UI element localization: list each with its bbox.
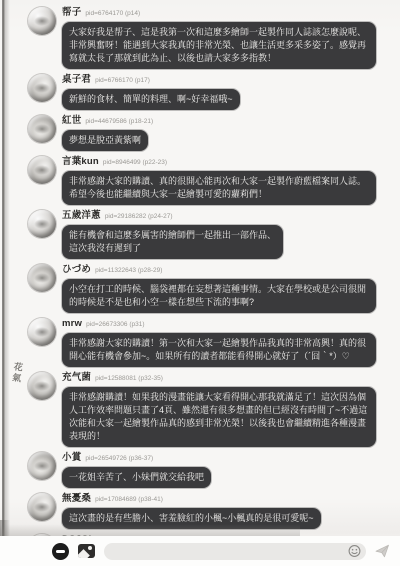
- send-button[interactable]: [375, 544, 390, 558]
- author-line: 無憂桑 pid=17084689 (p38-41): [62, 493, 388, 505]
- comment-entry: 言葉kun pid=8946499 (p22-23) 非常感謝大家的購讀、真的很…: [62, 156, 388, 205]
- avatar: [28, 156, 56, 184]
- avatar: [28, 74, 56, 102]
- author-name: mrw: [62, 318, 82, 329]
- author-name: 桌子君: [62, 74, 91, 85]
- handwritten-margin-note: 花氣: [9, 361, 26, 385]
- attach-image-button[interactable]: [78, 544, 95, 558]
- comment-entry: 紅世 pid=44679586 (p18-21) 夢想是脫亞黃紫啊: [62, 115, 388, 151]
- author-pid: pid=17084689 (p38-41): [95, 494, 163, 505]
- author-line: 五歲洋蔥 pid=29186282 (p24-27): [62, 210, 388, 222]
- comment-entry: 五歲洋蔥 pid=29186282 (p24-27) 能有機會和這麼多厲害的繪師…: [62, 210, 388, 259]
- comment-bubble: 一花姐辛苦了、小妹們就交給我吧: [62, 467, 211, 488]
- comment-bubble: 小空在打工的時候、腦袋裡都在妄想著這種事情。大家在學校或是公司很閒的時候是不是也…: [62, 279, 376, 313]
- emoji-button[interactable]: [348, 545, 361, 558]
- avatar: [28, 7, 56, 35]
- avatar: [28, 318, 56, 346]
- author-name: 帮子: [62, 7, 81, 18]
- comment-entry: 桌子君 pid=6766170 (p17) 新鮮的食材、簡單的料理、啊~好幸福哦…: [62, 74, 388, 110]
- comment-bubble: 新鮮的食材、簡單的料理、啊~好幸福哦~: [62, 89, 240, 110]
- author-pid: pid=12588081 (p32-35): [95, 373, 163, 384]
- author-line: 言葉kun pid=8946499 (p22-23): [62, 156, 388, 168]
- comment-bubble: 大家好我是帮子、這是我第一次和這麼多繪師一起製作同人誌該怎麼說呢、非常興奮呀！能…: [62, 22, 376, 69]
- author-name: 紅世: [62, 115, 81, 126]
- chat-composer-bar: [0, 536, 400, 566]
- comment-bubble: 非常感謝大家的購讀！第一次和大家一起繪製作品我真的非常高興！真的很開心能有機會參…: [62, 333, 376, 367]
- author-line: 小賞 pid=26549726 (p36-37): [62, 452, 388, 464]
- author-name: 無憂桑: [62, 493, 91, 504]
- avatar: [28, 264, 56, 292]
- scanned-credits-page: 帮子 pid=6764170 (p14) 大家好我是帮子、這是我第一次和這麼多繪…: [0, 0, 400, 566]
- comment-bubble: 能有機會和這麼多厲害的繪師們一起推出一部作品、 這次我沒有遲到了: [62, 225, 283, 259]
- author-line: 帮子 pid=6764170 (p14): [62, 7, 388, 19]
- comment-entry: 帮子 pid=6764170 (p14) 大家好我是帮子、這是我第一次和這麼多繪…: [62, 7, 388, 69]
- author-pid: pid=44679586 (p18-21): [85, 116, 153, 127]
- comment-entry: mrw pid=26673306 (p31) 非常感謝大家的購讀！第一次和大家一…: [62, 318, 388, 367]
- avatar: [28, 493, 56, 521]
- author-pid: pid=6764170 (p14): [85, 8, 140, 19]
- author-line: ひづめ pid=11322643 (p28-29): [62, 264, 388, 276]
- send-paper-plane-icon: [375, 544, 390, 558]
- comment-bubble: 非常感謝購讀！如果我的漫畫能讓大家看得開心那我就滿足了！這次因為個人工作效率問題…: [62, 387, 376, 447]
- author-line: 桌子君 pid=6766170 (p17): [62, 74, 388, 86]
- comment-entry: 花氣 充气菌 pid=12588081 (p32-35) 非常感謝購讀！如果我的…: [62, 372, 388, 447]
- author-pid: pid=11322643 (p28-29): [95, 265, 162, 276]
- author-name: 言葉kun: [62, 156, 99, 167]
- author-line: mrw pid=26673306 (p31): [62, 318, 388, 330]
- author-pid: pid=26673306 (p31): [86, 319, 144, 330]
- author-line: 充气菌 pid=12588081 (p32-35): [62, 372, 388, 384]
- author-pid: pid=26549726 (p36-37): [85, 453, 153, 464]
- avatar: [28, 372, 56, 400]
- author-name: 充气菌: [62, 372, 91, 383]
- comment-bubble: 夢想是脫亞黃紫啊: [62, 130, 148, 151]
- comment-bubble: 非常感謝大家的購讀、真的很開心能再次和大家一起製作蔚藍檔案同人誌。希望今後也能繼…: [62, 171, 376, 205]
- author-name: 五歲洋蔥: [62, 210, 101, 221]
- photo-icon: [78, 544, 95, 558]
- minus-circle-icon: [52, 543, 69, 560]
- message-input[interactable]: [104, 543, 366, 560]
- collapse-button[interactable]: [52, 543, 69, 560]
- comment-entry: 小賞 pid=26549726 (p36-37) 一花姐辛苦了、小妹們就交給我吧: [62, 452, 388, 488]
- author-pid: pid=6766170 (p17): [95, 75, 150, 86]
- avatar: [28, 115, 56, 143]
- author-name: 小賞: [62, 452, 81, 463]
- author-name: ひづめ: [62, 264, 91, 275]
- avatar: [28, 452, 56, 480]
- message-input-wrap: [104, 543, 366, 560]
- avatar: [28, 210, 56, 238]
- author-pid: pid=8946499 (p22-23): [103, 157, 167, 168]
- author-line: 紅世 pid=44679586 (p18-21): [62, 115, 388, 127]
- contributor-comment-list: 帮子 pid=6764170 (p14) 大家好我是帮子、這是我第一次和這麼多繪…: [0, 0, 400, 534]
- comment-entry: ひづめ pid=11322643 (p28-29) 小空在打工的時候、腦袋裡都在…: [62, 264, 388, 313]
- emoji-smiley-icon: [348, 545, 361, 558]
- author-pid: pid=29186282 (p24-27): [105, 211, 173, 222]
